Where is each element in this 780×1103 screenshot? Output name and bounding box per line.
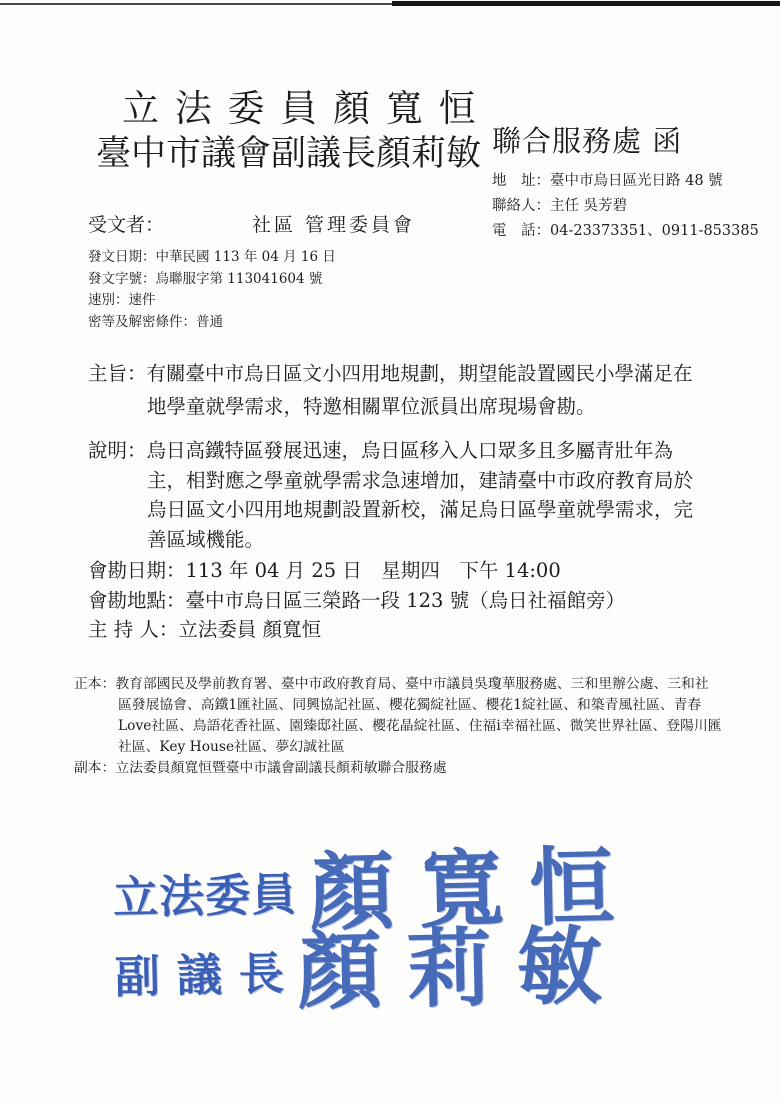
carbon-copy-list: 立法委員顏寬恒暨臺中市議會副議長顏莉敏聯合服務處 <box>115 760 446 776</box>
sender-title-deputy-speaker: 臺中市議會副議長顏莉敏 <box>96 132 481 176</box>
survey-date: 會勘日期：113 年 04 月 25 日 星期四 下午 14:00 <box>88 556 625 586</box>
contact-info: 地 址：臺中市烏日區光日路 48 號 聯絡人：主任 吳芳碧 電 話：04-233… <box>492 169 759 244</box>
distribution-copy: 副本：立法委員顏寬恒暨臺中市議會副議長顏莉敏聯合服務處 <box>74 758 722 779</box>
stamp-deputy-speaker-name-char2: 莉 <box>406 927 493 1014</box>
signature-stamps: 立法委員 顏 寬 恒 副議長 顏 莉 敏 <box>112 845 641 1020</box>
stamp-deputy-speaker-name-char3: 敏 <box>516 924 603 1011</box>
original-copies-list: 教育部國民及學前教育署、臺中市政府教育局、臺中市議員吳瓊華服務處、三和里辦公處、… <box>115 676 721 755</box>
meta-security-class: 密等及解密條件：普通 <box>88 312 336 334</box>
recipient-line: 受文者：社區 管理委員會 <box>88 210 415 237</box>
letterhead-sender: 立 法 委 員 顏 寬 恒 臺中市議會副議長顏莉敏 <box>96 86 481 176</box>
recipient-label: 受文者： <box>88 214 164 236</box>
stamp-deputy-speaker-name-char1: 顏 <box>296 929 383 1016</box>
stamp-deputy-speaker-title: 副議長 <box>114 951 301 1000</box>
meta-speed-class: 速別：速件 <box>88 290 336 312</box>
original-copies-label: 正本： <box>74 676 115 692</box>
survey-host: 主 持 人：立法委員 顏寬恒 <box>88 615 625 645</box>
contact-phone: 電 話：04-23373351、0911-853385 <box>492 219 759 244</box>
subject-text: 有關臺中市烏日區文小四用地規劃，期望能設置國民小學滿足在地學童就學需求，特邀相關… <box>147 362 693 418</box>
document-meta: 發文日期：中華民國 113 年 04 月 16 日 發文字號：烏聯服字第 113… <box>88 247 336 333</box>
scan-artifact-top-right <box>392 1 780 6</box>
description-paragraph: 說明：烏日高鐵特區發展迅速，烏日區移入人口眾多且多屬青壯年為主，相對應之學童就學… <box>88 436 706 554</box>
recipient-value: 社區 管理委員會 <box>252 214 415 236</box>
site-survey-info: 會勘日期：113 年 04 月 25 日 星期四 下午 14:00 會勘地點：臺… <box>88 556 625 645</box>
stamp-legislator-title: 立法委員 <box>113 872 298 921</box>
meta-issue-date: 發文日期：中華民國 113 年 04 月 16 日 <box>88 247 336 269</box>
survey-location: 會勘地點：臺中市烏日區三榮路一段 123 號（烏日社福館旁） <box>88 586 625 616</box>
letterhead-office: 聯合服務處 函 地 址：臺中市烏日區光日路 48 號 聯絡人：主任 吳芳碧 電 … <box>492 119 759 244</box>
subject-label: 主旨： <box>88 362 147 385</box>
contact-person: 聯絡人：主任 吳芳碧 <box>492 194 759 219</box>
contact-address: 地 址：臺中市烏日區光日路 48 號 <box>492 169 759 194</box>
distribution-block: 正本：教育部國民及學前教育署、臺中市政府教育局、臺中市議員吳瓊華服務處、三和里辦… <box>74 674 722 779</box>
sender-title-legislator: 立 法 委 員 顏 寬 恒 <box>122 86 481 132</box>
subject-paragraph: 主旨：有關臺中市烏日區文小四用地規劃，期望能設置國民小學滿足在地學童就學需求，特… <box>88 357 710 423</box>
distribution-original: 正本：教育部國民及學前教育署、臺中市政府教育局、臺中市議員吳瓊華服務處、三和里辦… <box>74 674 722 758</box>
carbon-copy-label: 副本： <box>74 760 115 776</box>
scanned-letter-page: 立 法 委 員 顏 寬 恒 臺中市議會副議長顏莉敏 聯合服務處 函 地 址：臺中… <box>0 0 780 1103</box>
description-text: 烏日高鐵特區發展迅速，烏日區移入人口眾多且多屬青壯年為主，相對應之學童就學需求急… <box>147 439 694 551</box>
stamp-deputy-speaker: 副議長 顏 莉 敏 <box>114 923 642 1019</box>
document-type-label: 聯合服務處 函 <box>492 119 759 160</box>
meta-doc-number: 發文字號：烏聯服字第 113041604 號 <box>88 269 336 291</box>
scan-artifact-top-left <box>0 3 400 5</box>
description-label: 說明： <box>88 439 147 462</box>
